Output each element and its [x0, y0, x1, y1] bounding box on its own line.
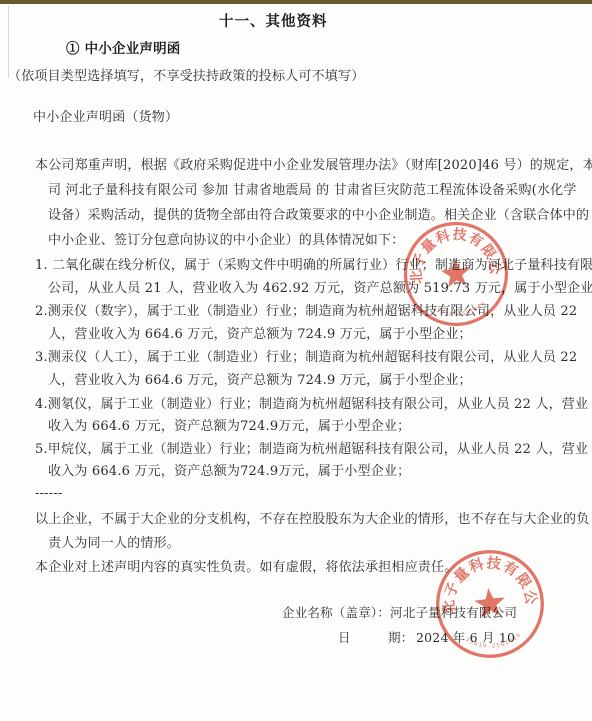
item-3-line-1: 3.测汞仪（人工），属于工业（制造业）行业；制造商为杭州超锯科技有限公司，从业人…: [35, 350, 577, 365]
date-label-left: 日: [338, 630, 351, 645]
separator-dashes: ------: [35, 486, 63, 501]
item-4-line-2: 收入为 664.6 万元，资产总额为724.9万元，属于小型企业；: [48, 419, 410, 434]
section-heading: ① 中小企业声明函: [66, 42, 181, 57]
fill-note: （依项目类型选择填写，不享受扶持政策的投标人可不填写）: [8, 69, 364, 84]
intro-line: 本公司郑重声明，根据《政府采购促进中小企业发展管理办法》（财库[2020]46 …: [35, 158, 592, 173]
closing-line: 责人为同一人的情形。: [48, 536, 180, 551]
scan-top-bar: [0, 0, 592, 4]
responsibility-line: 本企业对上述声明内容的真实性负责。如有虚假，将依法承担相应责任。: [35, 560, 457, 575]
item-3-line-2: 人，营业收入为 664.6 万元，资产总额为 724.9 万元，属于小型企业；: [48, 373, 472, 388]
item-4-line-1: 4.测氡仪，属于工业（制造业）行业；制造商为杭州超锯科技有限公司，从业人员 22…: [35, 397, 588, 412]
seal-star-icon: [473, 586, 507, 618]
seal-star-icon: [440, 257, 472, 288]
date-label-right: 期：: [388, 630, 413, 645]
item-5-line-2: 收入为 664.6 万元，资产总额为724.9万元，属于小型企业；: [48, 464, 410, 479]
intro-line: 设备）采购活动，提供的货物全部由符合政策要求的中小企业制造。相关企业（含联合体中…: [48, 208, 589, 223]
scan-left-edge-line: [8, 6, 9, 78]
company-seal-top: 河北子量科技有限公司 13010-2501986: [396, 214, 517, 335]
intro-line: 司 河北子量科技有限公司 参加 甘肃省地震局 的 甘肃省巨灾防范工程流体设备采购…: [48, 183, 577, 198]
doc-title: 中小企业声明函（货物）: [33, 110, 178, 125]
company-seal-bottom: 河北子量科技有限公司 13010-2501986: [427, 541, 552, 666]
intro-line: 中小企业、签订分包意向协议的中小企业）的具体情况如下：: [48, 233, 404, 248]
closing-line: 以上企业，不属于大企业的分支机构，不存在控股股东为大企业的情形，也不存在与大企业…: [35, 512, 589, 527]
item-5-line-1: 5.甲烷仪，属于工业（制造业）行业；制造商为杭州超锯科技有限公司，从业人员 22…: [35, 442, 588, 457]
page-title: 十一、其他资料: [219, 14, 328, 29]
